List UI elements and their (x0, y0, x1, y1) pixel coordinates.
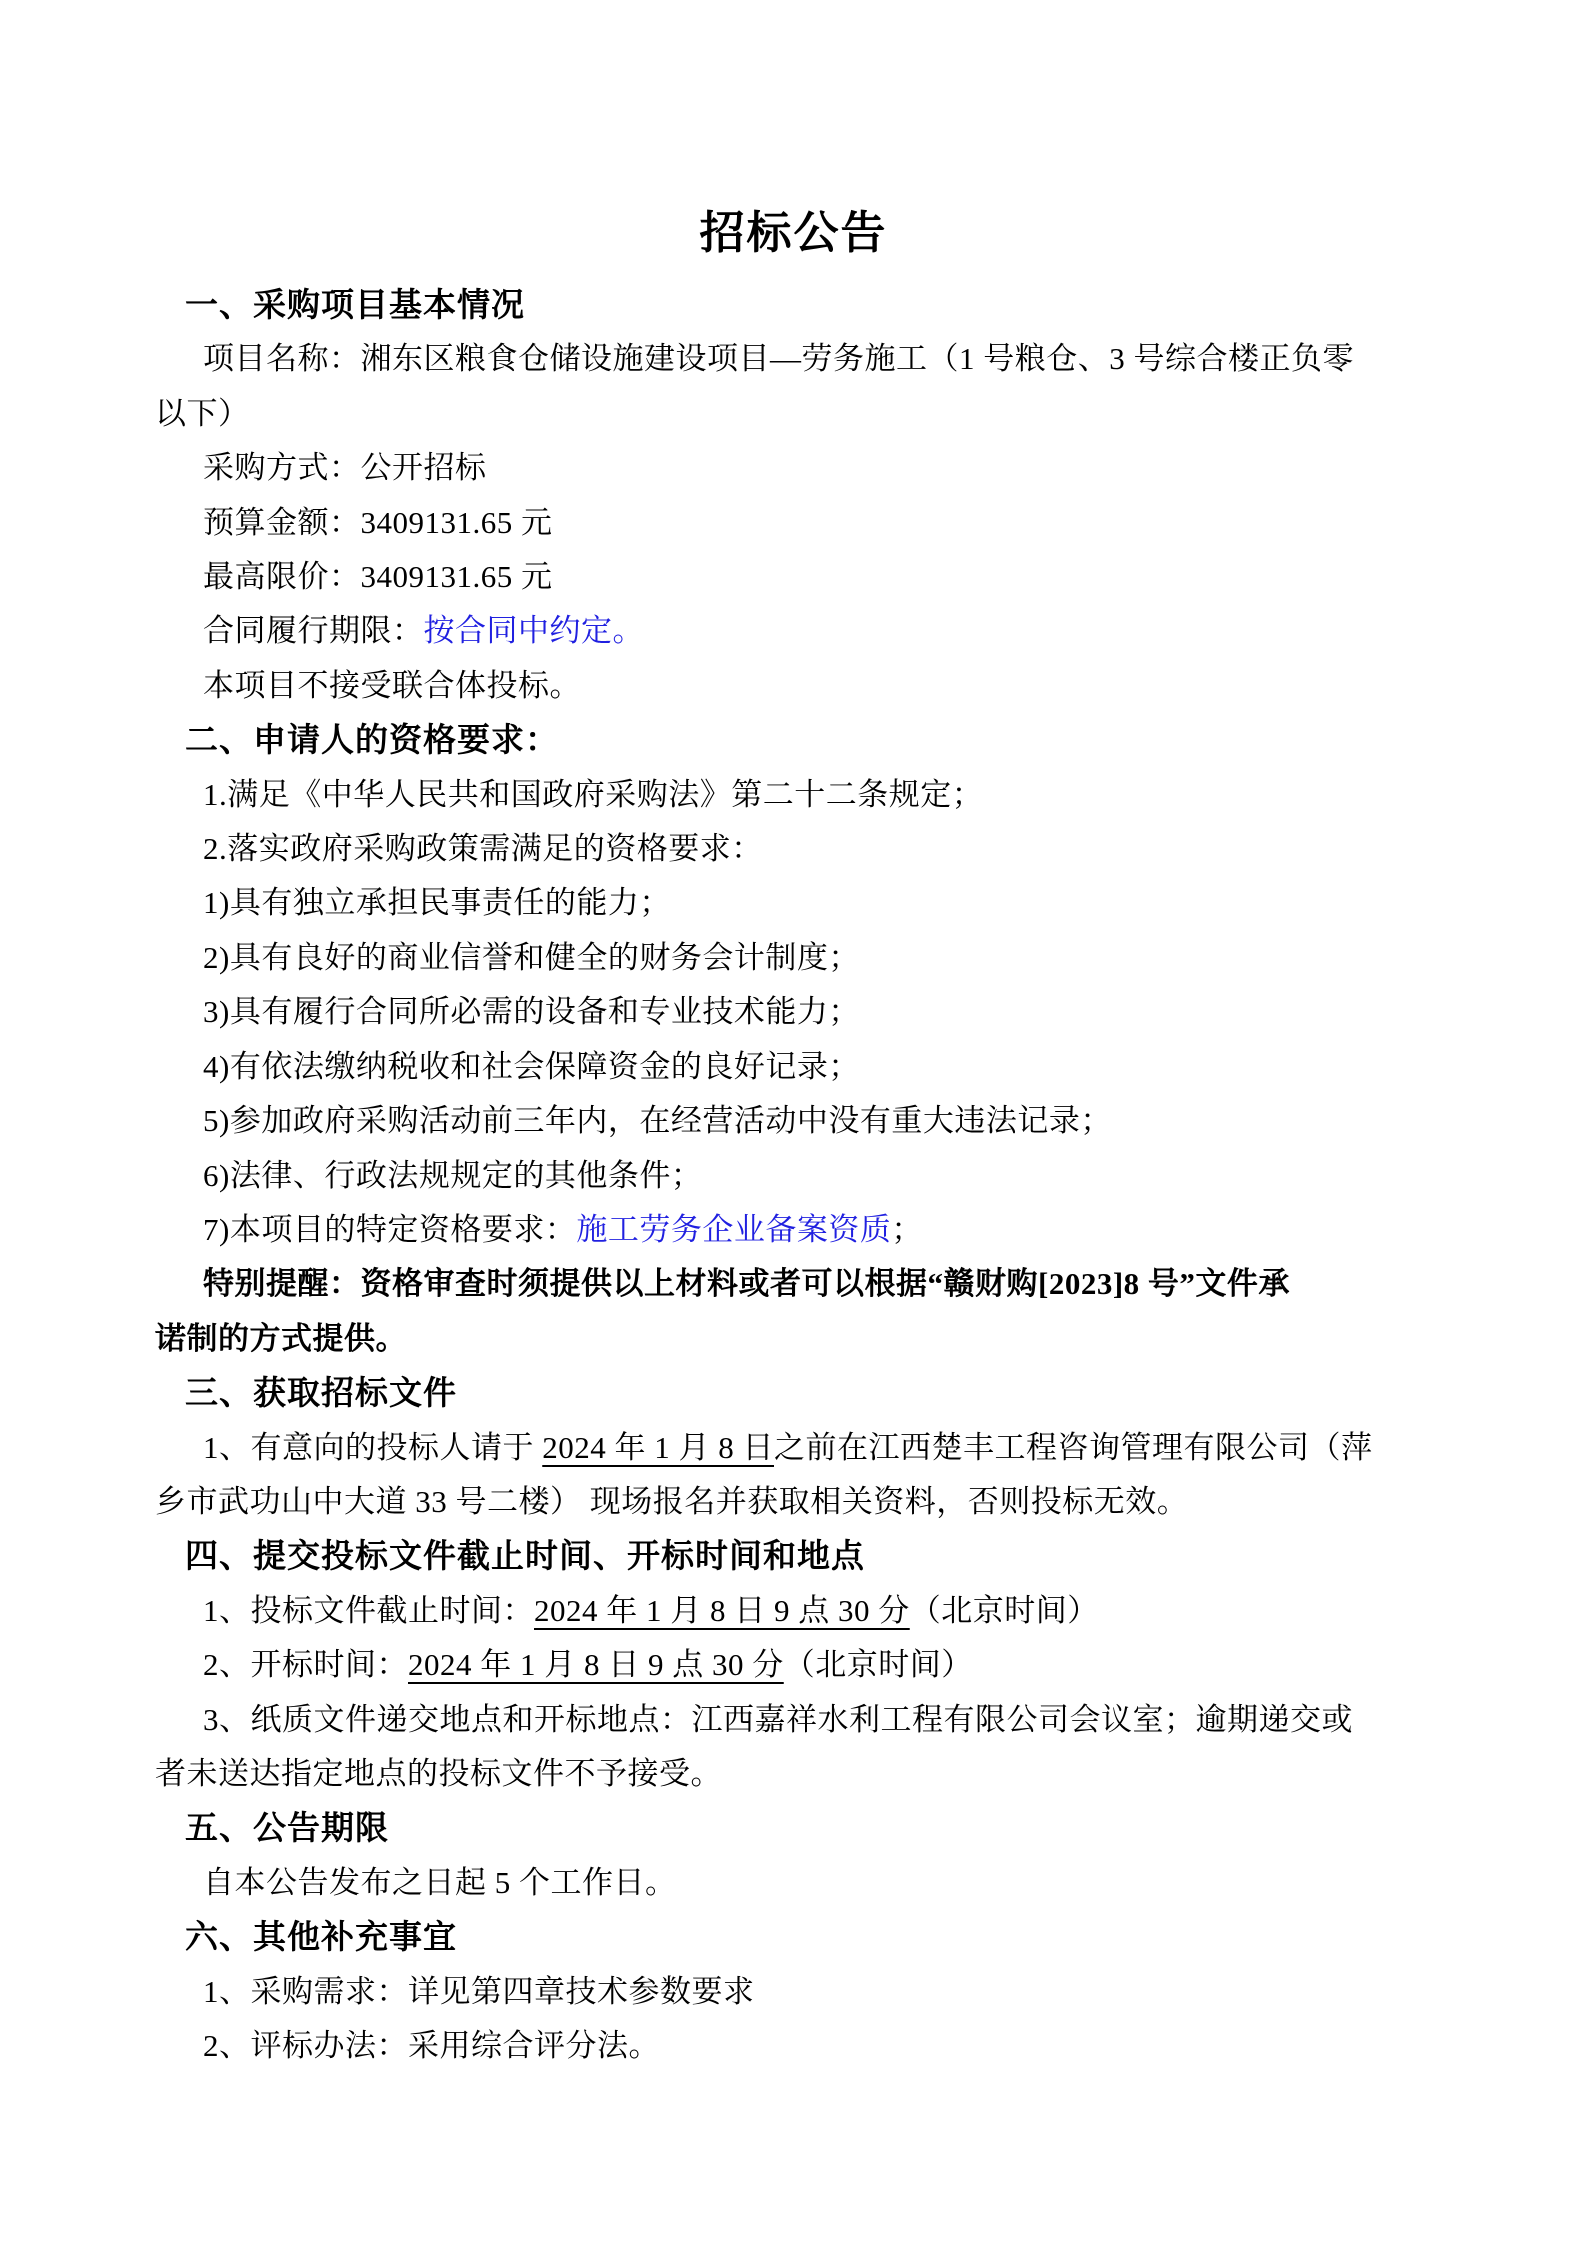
section-heading: 六、其他补充事宜 (155, 1910, 1460, 1964)
text-line: 最高限价：3409131.65 元 (155, 550, 1460, 604)
underlined-date: 2024 年 1 月 8 日 9 点 30 分 (534, 1593, 910, 1628)
text-segment: 一、采购项目基本情况 (185, 286, 525, 323)
text-segment: 5)参加政府采购活动前三年内，在经营活动中没有重大违法记录； (203, 1103, 1112, 1138)
text-line: 采购方式：公开招标 (155, 441, 1460, 495)
text-segment: 之前在江西楚丰工程咨询管理有限公司（萍 (774, 1430, 1373, 1465)
section-heading: 五、公告期限 (155, 1801, 1460, 1855)
text-segment: 预算金额：3409131.65 元 (203, 505, 553, 540)
text-segment: 二、申请人的资格要求： (185, 721, 559, 758)
text-segment: 7)本项目的特定资格要求： (203, 1212, 576, 1247)
text-segment: 2)具有良好的商业信誉和健全的财务会计制度； (203, 940, 860, 975)
text-segment: 特别提醒：资格审查时须提供以上材料或者可以根据“赣财购[2023]8 号”文件承 (203, 1266, 1290, 1301)
text-segment: 诺制的方式提供。 (155, 1321, 407, 1356)
text-segment: 3、纸质文件递交地点和开标地点：江西嘉祥水利工程有限公司会议室；逾期递交或 (203, 1702, 1353, 1737)
text-segment: 1、采购需求：详见第四章技术参数要求 (203, 1974, 755, 2009)
text-segment: 2、开标时间： (203, 1647, 408, 1682)
text-segment: 2、评标办法：采用综合评分法。 (203, 2028, 660, 2063)
text-segment: 1.满足《中华人民共和国政府采购法》第二十二条规定； (203, 777, 983, 812)
text-line: 3)具有履行合同所必需的设备和专业技术能力； (155, 985, 1460, 1039)
section-heading: 一、采购项目基本情况 (155, 278, 1460, 332)
text-line: 3、纸质文件递交地点和开标地点：江西嘉祥水利工程有限公司会议室；逾期递交或 (155, 1693, 1460, 1747)
highlighted-blue-text: 按合同中约定。 (424, 613, 645, 648)
document-body: 一、采购项目基本情况项目名称：湘东区粮食仓储设施建设项目—劳务施工（1 号粮仓、… (155, 278, 1460, 2073)
text-segment: 自本公告发布之日起 5 个工作日。 (203, 1865, 677, 1900)
text-line: 诺制的方式提供。 (155, 1312, 1460, 1366)
document-title: 招标公告 (141, 200, 1446, 266)
text-line: 7)本项目的特定资格要求：施工劳务企业备案资质； (155, 1203, 1460, 1257)
text-line: 以下） (155, 387, 1460, 441)
text-line: 2)具有良好的商业信誉和健全的财务会计制度； (155, 931, 1460, 985)
text-segment: （北京时间） (910, 1593, 1099, 1628)
text-segment: （北京时间） (784, 1647, 973, 1682)
underlined-date: 2024 年 1 月 8 日 9 点 30 分 (408, 1647, 784, 1682)
section-heading: 三、获取招标文件 (155, 1366, 1460, 1420)
text-segment: ； (891, 1212, 923, 1247)
section-heading: 二、申请人的资格要求： (155, 713, 1460, 767)
text-segment: 4)有依法缴纳税收和社会保障资金的良好记录； (203, 1049, 860, 1084)
text-segment: 合同履行期限： (203, 613, 424, 648)
text-line: 2、开标时间：2024 年 1 月 8 日 9 点 30 分（北京时间） (155, 1638, 1460, 1692)
text-segment: 以下） (155, 396, 250, 431)
text-line: 1、采购需求：详见第四章技术参数要求 (155, 1965, 1460, 2019)
text-segment: 五、公告期限 (185, 1809, 389, 1846)
text-line: 预算金额：3409131.65 元 (155, 496, 1460, 550)
text-line: 1、有意向的投标人请于 2024 年 1 月 8 日之前在江西楚丰工程咨询管理有… (155, 1421, 1460, 1475)
text-segment: 6)法律、行政法规规定的其他条件； (203, 1158, 702, 1193)
text-segment: 1、有意向的投标人请于 (203, 1430, 542, 1465)
text-segment: 3)具有履行合同所必需的设备和专业技术能力； (203, 994, 860, 1029)
text-segment: 乡市武功山中大道 33 号二楼） 现场报名并获取相关资料，否则投标无效。 (155, 1484, 1188, 1519)
text-line: 5)参加政府采购活动前三年内，在经营活动中没有重大违法记录； (155, 1094, 1460, 1148)
text-segment: 者未送达指定地点的投标文件不予接受。 (155, 1756, 722, 1791)
text-line: 乡市武功山中大道 33 号二楼） 现场报名并获取相关资料，否则投标无效。 (155, 1475, 1460, 1529)
text-segment: 本项目不接受联合体投标。 (203, 668, 581, 703)
text-line: 自本公告发布之日起 5 个工作日。 (155, 1856, 1460, 1910)
section-heading: 四、提交投标文件截止时间、开标时间和地点 (155, 1529, 1460, 1583)
text-line: 4)有依法缴纳税收和社会保障资金的良好记录； (155, 1040, 1460, 1094)
text-line: 本项目不接受联合体投标。 (155, 659, 1460, 713)
document-page: 招标公告 一、采购项目基本情况项目名称：湘东区粮食仓储设施建设项目—劳务施工（1… (0, 0, 1587, 2245)
text-segment: 三、获取招标文件 (185, 1374, 457, 1411)
text-line: 2.落实政府采购政策需满足的资格要求： (155, 822, 1460, 876)
text-line: 项目名称：湘东区粮食仓储设施建设项目—劳务施工（1 号粮仓、3 号综合楼正负零 (155, 332, 1460, 386)
text-line: 1)具有独立承担民事责任的能力； (155, 876, 1460, 930)
text-segment: 六、其他补充事宜 (185, 1918, 457, 1955)
text-segment: 采购方式：公开招标 (203, 450, 487, 485)
underlined-date: 2024 年 1 月 8 日 (542, 1430, 774, 1465)
text-line: 6)法律、行政法规规定的其他条件； (155, 1149, 1460, 1203)
text-segment: 最高限价：3409131.65 元 (203, 559, 553, 594)
text-segment: 项目名称：湘东区粮食仓储设施建设项目—劳务施工（1 号粮仓、3 号综合楼正负零 (203, 341, 1354, 376)
text-segment: 1、投标文件截止时间： (203, 1593, 534, 1628)
text-line: 合同履行期限：按合同中约定。 (155, 604, 1460, 658)
text-segment: 1)具有独立承担民事责任的能力； (203, 885, 671, 920)
document-content: 招标公告 一、采购项目基本情况项目名称：湘东区粮食仓储设施建设项目—劳务施工（1… (155, 200, 1460, 2073)
text-segment: 四、提交投标文件截止时间、开标时间和地点 (185, 1537, 865, 1574)
text-line: 者未送达指定地点的投标文件不予接受。 (155, 1747, 1460, 1801)
text-line: 特别提醒：资格审查时须提供以上材料或者可以根据“赣财购[2023]8 号”文件承 (155, 1257, 1460, 1311)
text-segment: 2.落实政府采购政策需满足的资格要求： (203, 831, 763, 866)
text-line: 1、投标文件截止时间：2024 年 1 月 8 日 9 点 30 分（北京时间） (155, 1584, 1460, 1638)
text-line: 2、评标办法：采用综合评分法。 (155, 2019, 1460, 2073)
highlighted-blue-text: 施工劳务企业备案资质 (576, 1212, 891, 1247)
text-line: 1.满足《中华人民共和国政府采购法》第二十二条规定； (155, 768, 1460, 822)
